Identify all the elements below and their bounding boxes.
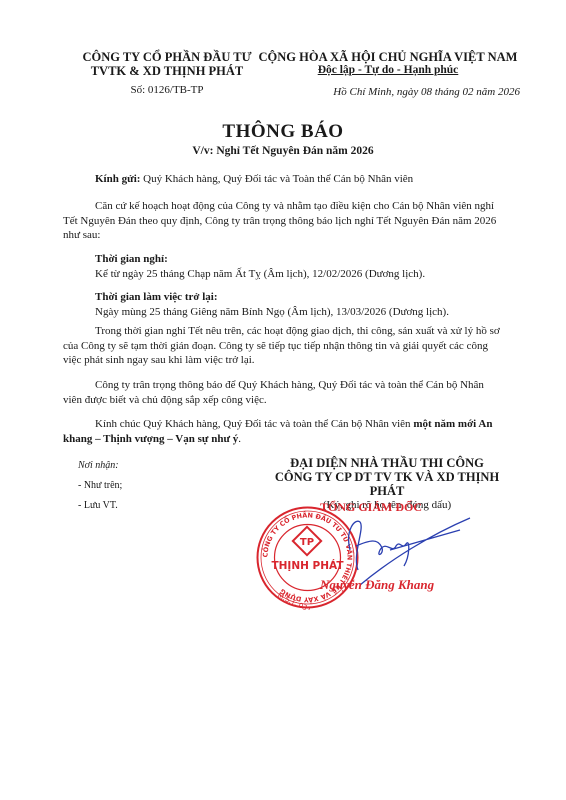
company-header: CÔNG TY CỔ PHẦN ĐẦU TƯ TVTK & XD THỊNH P…: [52, 50, 282, 96]
signer-name: Nguyễn Đăng Khang: [320, 577, 434, 593]
recipients-label: Nơi nhận:: [78, 456, 122, 476]
holiday-text: Kể từ ngày 25 tháng Chạp năm Ất Tỵ (Âm l…: [95, 267, 515, 282]
wishes-paragraph: Kính chúc Quý Khách hàng, Quý Đối tác và…: [63, 417, 503, 446]
recipient-item: - Lưu VT.: [78, 496, 122, 516]
greeting: Kính gửi: Quý Khách hàng, Quý Đối tác và…: [95, 172, 515, 187]
company-name-line2: TVTK & XD THỊNH PHÁT: [52, 64, 282, 78]
company-name-line1: CÔNG TY CỔ PHẦN ĐẦU TƯ: [52, 50, 282, 64]
wishes-end: .: [238, 433, 241, 445]
nation-motto: Độc lập - Tự do - Hạnh phúc: [252, 64, 524, 77]
signature-line2: CÔNG TY CP DT TV TK VÀ XD THỊNH PHÁT: [262, 470, 512, 498]
signature-line1: ĐẠI DIỆN NHÀ THẦU THI CÔNG: [262, 456, 512, 470]
document-subject: V/v: Nghỉ Tết Nguyên Đán năm 2026: [0, 145, 566, 157]
return-section: Thời gian làm việc trở lại: Ngày mùng 25…: [95, 290, 515, 319]
doc-number: Số: 0126/TB-TP: [52, 84, 282, 96]
greeting-label: Kính gửi:: [95, 173, 140, 185]
return-label: Thời gian làm việc trở lại:: [95, 290, 515, 305]
holiday-section: Thời gian nghỉ: Kể từ ngày 25 tháng Chạp…: [95, 252, 515, 281]
intro-paragraph: Căn cứ kế hoạch hoạt động của Công ty và…: [63, 199, 503, 243]
recipient-item: - Như trên;: [78, 476, 122, 496]
document-title: THÔNG BÁO: [0, 121, 566, 143]
during-paragraph: Trong thời gian nghỉ Tết nêu trên, các h…: [63, 324, 503, 368]
recipients: Nơi nhận: - Như trên; - Lưu VT.: [78, 456, 122, 516]
greeting-text: Quý Khách hàng, Quý Đối tác và Toàn thể …: [140, 173, 413, 185]
wishes-text: Kính chúc Quý Khách hàng, Quý Đối tác và…: [95, 418, 413, 430]
notice-paragraph: Công ty trân trọng thông báo để Quý Khác…: [63, 378, 503, 407]
place-date: Hồ Chí Minh, ngày 08 tháng 02 năm 2026: [333, 86, 520, 98]
holiday-label: Thời gian nghỉ:: [95, 252, 515, 267]
nation-title: CỘNG HÒA XÃ HỘI CHỦ NGHĨA VIỆT NAM: [252, 50, 524, 64]
return-text: Ngày mùng 25 tháng Giêng năm Bính Ngọ (Â…: [95, 305, 515, 320]
svg-text:TP: TP: [300, 537, 314, 548]
nation-header: CỘNG HÒA XÃ HỘI CHỦ NGHĨA VIỆT NAM Độc l…: [252, 50, 524, 77]
